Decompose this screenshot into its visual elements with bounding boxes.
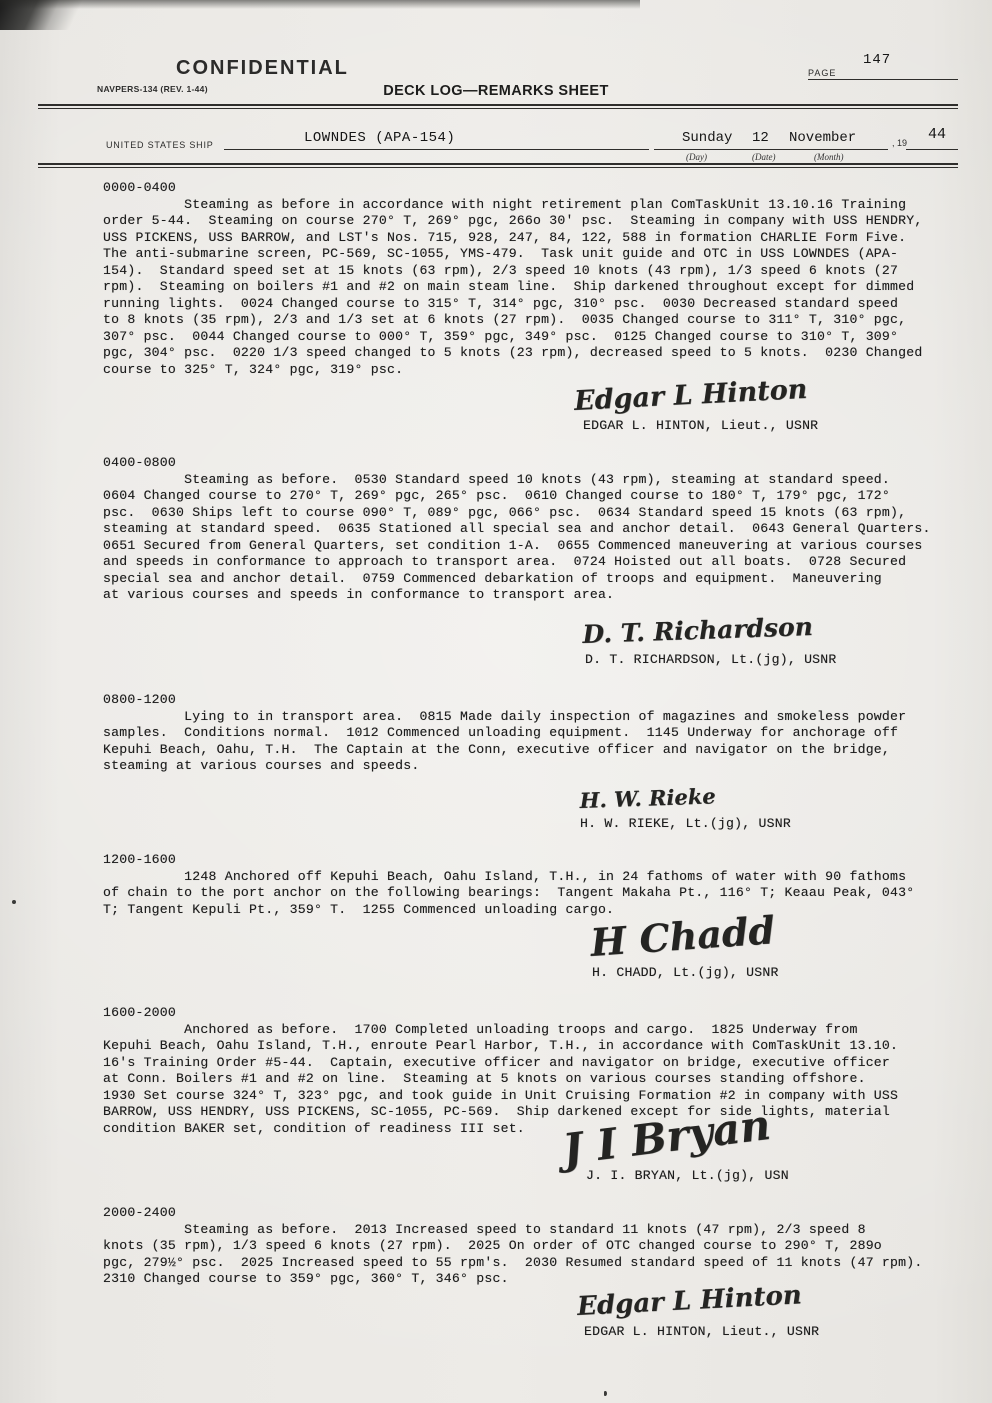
typed-signature: EDGAR L. HINTON, Lieut., USNR <box>584 1324 819 1339</box>
ship-name-line: LOWNDES (APA-154) <box>224 128 649 150</box>
log-section-1200-1600: 1200-1600 1248 Anchored off Kepuhi Beach… <box>103 852 985 918</box>
log-entry-text: Steaming as before. 0530 Standard speed … <box>103 472 985 604</box>
handwritten-signature: D. T. Richardson <box>582 611 836 649</box>
signature-block: H. W. Rieke H. W. RIEKE, Lt.(jg), USNR <box>580 788 791 831</box>
ship-name: LOWNDES (APA-154) <box>304 130 455 146</box>
log-section-0400-0800: 0400-0800 Steaming as before. 0530 Stand… <box>103 455 985 604</box>
year-prefix: , 19 <box>892 138 907 148</box>
year-line: 44 <box>906 128 958 150</box>
signature-block: H Chadd H. CHADD, Lt.(jg), USNR <box>592 920 779 980</box>
log-entry-text: 1248 Anchored off Kepuhi Beach, Oahu Isl… <box>103 869 985 919</box>
watch-period: 2000-2400 <box>103 1205 985 1222</box>
document-title: DECK LOG—REMARKS SHEET <box>0 83 992 99</box>
watch-period: 1600-2000 <box>103 1005 985 1022</box>
log-section-2000-2400: 2000-2400 Steaming as before. 2013 Incre… <box>103 1205 985 1288</box>
handwritten-signature: Edgar L Hinton <box>573 373 818 417</box>
day-label: (Day) <box>686 152 707 162</box>
signature-block: J I Bryan J. I. BRYAN, Lt.(jg), USN <box>566 1125 789 1183</box>
signature-block: D. T. Richardson D. T. RICHARDSON, Lt.(j… <box>583 620 837 667</box>
classification-stamp: CONFIDENTIAL <box>176 57 349 80</box>
deck-log-page: CONFIDENTIAL 147 PAGE NAVPERS-134 (REV. … <box>0 0 992 1403</box>
log-entry-text: Steaming as before. 2013 Increased speed… <box>103 1222 985 1288</box>
ship-label: UNITED STATES SHIP <box>106 140 214 150</box>
log-section-0000-0400: 0000-0400 Steaming as before in accordan… <box>103 180 985 378</box>
log-section-1600-2000: 1600-2000 Anchored as before. 1700 Compl… <box>103 1005 985 1137</box>
date-day: Sunday <box>682 130 732 146</box>
date-group: Sunday 12 November (Day) (Date) (Month) <box>654 128 888 164</box>
header-rule-bottom <box>38 163 958 168</box>
watch-period: 1200-1600 <box>103 852 985 869</box>
year-group: 44 <box>906 128 958 150</box>
page-number: 147 <box>863 52 958 68</box>
header-rule <box>38 104 958 109</box>
typed-signature: J. I. BRYAN, Lt.(jg), USN <box>586 1168 789 1183</box>
date-field-labels: (Day) (Date) (Month) <box>654 150 888 164</box>
scan-speck <box>12 900 16 904</box>
scan-edge-shadow <box>0 0 640 9</box>
signature-block: Edgar L Hinton EDGAR L. HINTON, Lieut., … <box>578 1292 819 1339</box>
date-line: Sunday 12 November <box>654 128 888 150</box>
log-section-0800-1200: 0800-1200 Lying to in transport area. 08… <box>103 692 985 775</box>
log-entry-text: Steaming as before in accordance with ni… <box>103 197 985 379</box>
month-label: (Month) <box>814 152 844 162</box>
log-entry-text: Lying to in transport area. 0815 Made da… <box>103 709 985 775</box>
log-entry-text: Anchored as before. 1700 Completed unloa… <box>103 1022 985 1138</box>
watch-period: 0000-0400 <box>103 180 985 197</box>
page-label: PAGE <box>808 68 836 78</box>
date-number: 12 <box>752 130 769 146</box>
signature-block: Edgar L Hinton EDGAR L. HINTON, Lieut., … <box>575 386 818 433</box>
watch-period: 0800-1200 <box>103 692 985 709</box>
handwritten-signature: H. W. Rieke <box>579 781 791 813</box>
watch-period: 0400-0800 <box>103 455 985 472</box>
scan-speck <box>604 1391 607 1396</box>
year-value: 44 <box>928 126 946 143</box>
typed-signature: EDGAR L. HINTON, Lieut., USNR <box>583 418 818 433</box>
typed-signature: H. CHADD, Lt.(jg), USNR <box>592 965 779 980</box>
typed-signature: H. W. RIEKE, Lt.(jg), USNR <box>580 816 791 831</box>
date-label: (Date) <box>752 152 776 162</box>
typed-signature: D. T. RICHARDSON, Lt.(jg), USNR <box>585 652 837 667</box>
page-number-group: 147 PAGE <box>808 52 958 80</box>
date-month: November <box>789 130 856 146</box>
